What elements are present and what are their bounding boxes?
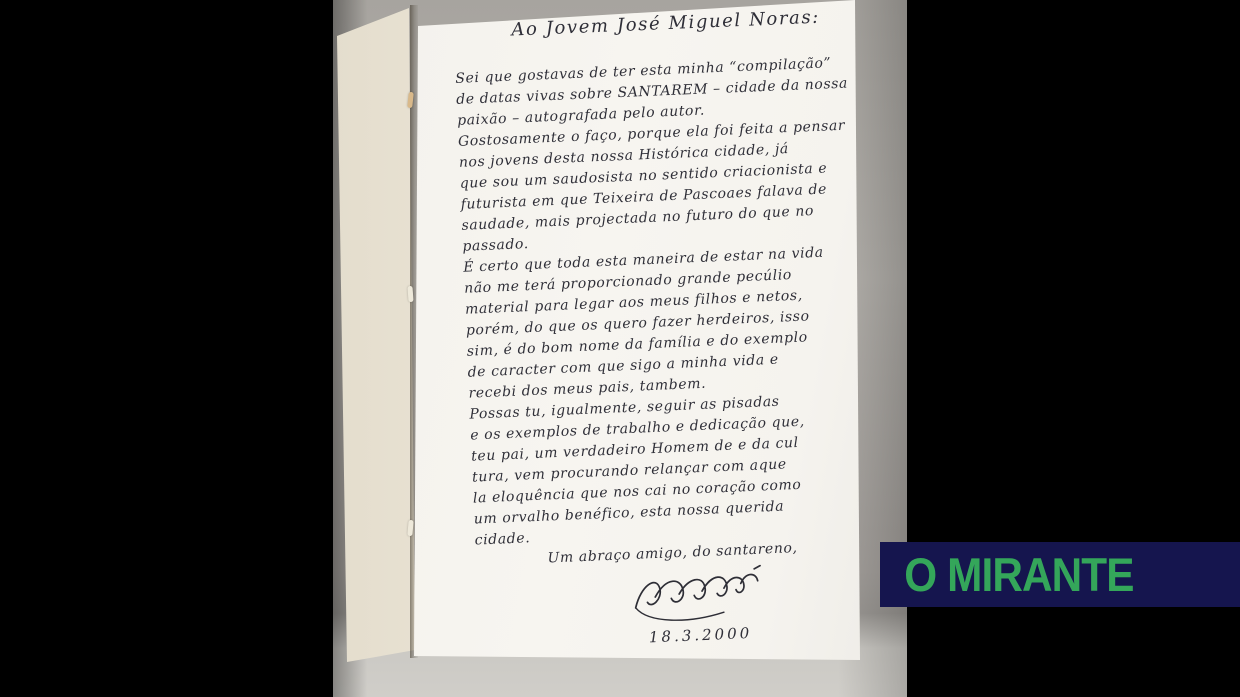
- letter-body: Sei que gostavas de ter esta minha “comp…: [455, 51, 905, 552]
- spine-stitch-thread: [407, 286, 413, 302]
- screenshot-stage: Ao Jovem José Miguel Noras: Sei que gost…: [0, 0, 1240, 697]
- omirante-logo-band: O MIRANTE: [880, 542, 1240, 607]
- letterbox-left-bar: [0, 0, 333, 697]
- book-photo: Ao Jovem José Miguel Noras: Sei que gost…: [333, 0, 907, 697]
- omirante-logo-text: O MIRANTE: [880, 551, 1134, 598]
- handwritten-letter: Ao Jovem José Miguel Noras: Sei que gost…: [453, 4, 909, 655]
